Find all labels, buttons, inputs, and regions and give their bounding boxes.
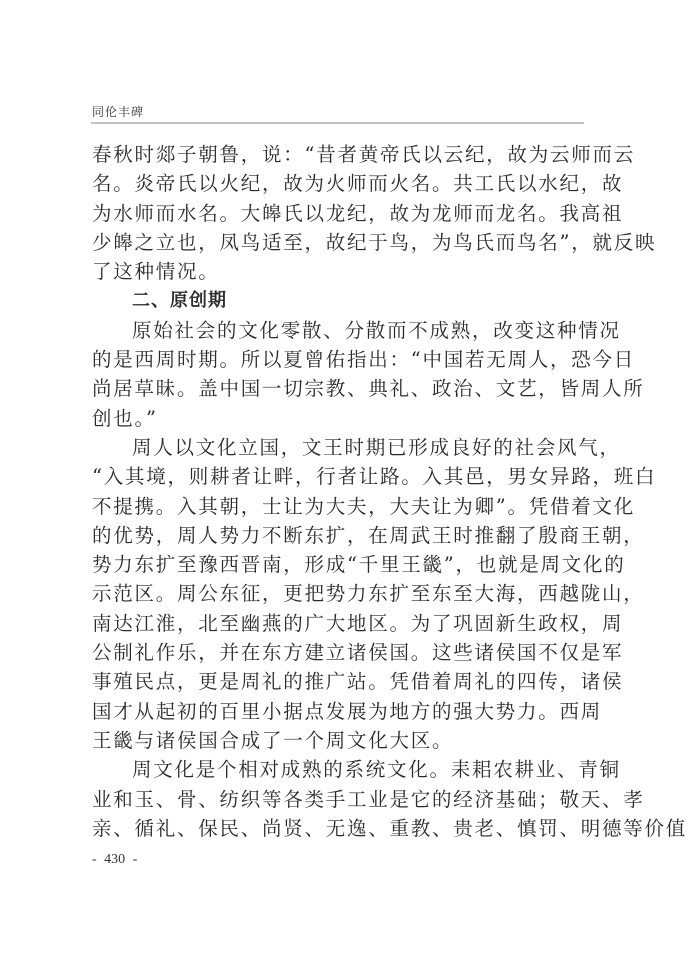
header-rule [91,122,584,124]
text-line: 示范区。周公东征，更把势力东扩至东至大海，西越陇山， [92,579,586,608]
section-heading: 二、原创期 [92,286,586,315]
text-line: 王畿与诸侯国合成了一个周文化大区。 [92,726,586,755]
paragraph-start: 周文化是个相对成熟的系统文化。耒耜农耕业、青铜 [92,755,586,784]
running-header: 同伦丰碑 [92,103,144,120]
text-line: 业和玉、骨、纺织等各类手工业是它的经济基础；敬天、孝 [92,785,586,814]
text-line: 的是西周时期。所以夏曾佑指出：“中国若无周人，恐今日 [92,345,586,374]
text-line: 南达江淮，北至幽燕的广大地区。为了巩固新生政权，周 [92,609,586,638]
text-line: 尚居草昧。盖中国一切宗教、典礼、政治、文艺，皆周人所 [92,374,586,403]
text-line: 少皞之立也，凤鸟适至，故纪于鸟，为鸟氏而鸟名”，就反映 [92,228,586,257]
text-line: 名。炎帝氏以火纪，故为火师而火名。共工氏以水纪，故 [92,169,586,198]
text-line: 为水师而水名。大皞氏以龙纪，故为龙师而龙名。我高祖 [92,199,586,228]
text-line: 创也。” [92,404,586,433]
text-line: 了这种情况。 [92,257,586,286]
text-line: 不提携。入其朝，士让为大夫，大夫让为卿”。凭借着文化 [92,492,586,521]
paragraph-start: 周人以文化立国，文王时期已形成良好的社会风气， [92,433,586,462]
page-number: - 430 - [92,852,137,868]
body-text: 春秋时郯子朝鲁，说：“昔者黄帝氏以云纪，故为云师而云 名。炎帝氏以火纪，故为火师… [92,140,586,843]
text-line: 春秋时郯子朝鲁，说：“昔者黄帝氏以云纪，故为云师而云 [92,140,586,169]
paragraph-start: 原始社会的文化零散、分散而不成熟，改变这种情况 [92,316,586,345]
text-line: 亲、循礼、保民、尚贤、无逸、重教、贵老、慎罚、明德等价值 [92,814,586,843]
text-line: 势力东扩至豫西晋南，形成“千里王畿”，也就是周文化的 [92,550,586,579]
text-line: 事殖民点，更是周礼的推广站。凭借着周礼的四传，诸侯 [92,667,586,696]
text-line: 的优势，周人势力不断东扩，在周武王时推翻了殷商王朝， [92,521,586,550]
text-line: 公制礼作乐，并在东方建立诸侯国。这些诸侯国不仅是军 [92,638,586,667]
text-line: “入其境，则耕者让畔，行者让路。入其邑，男女异路，班白 [92,462,586,491]
text-line: 国才从起初的百里小据点发展为地方的强大势力。西周 [92,697,586,726]
